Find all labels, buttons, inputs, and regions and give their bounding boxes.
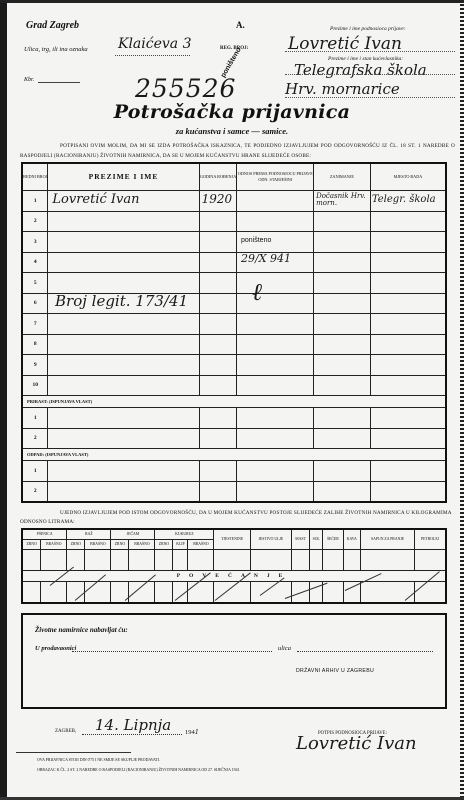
col-header-relation: Odnos prema podnosiocu prijave odn. star… [237, 163, 314, 191]
occupation-cell[interactable] [314, 252, 371, 273]
stock-cell[interactable] [250, 550, 291, 571]
year-cell[interactable] [199, 375, 237, 396]
row-number: 10 [22, 375, 48, 396]
table-row: 5 [22, 273, 446, 294]
supply-label: Životne namirnice nabavljat ću: [35, 626, 128, 634]
workplace-cell[interactable] [370, 273, 446, 294]
name-cell[interactable]: Lovretić Ivan [48, 191, 199, 212]
col-secer: Šećer [323, 529, 343, 550]
name-cell[interactable] [48, 355, 199, 376]
stock-cell[interactable] [85, 550, 111, 571]
name-cell[interactable] [48, 211, 199, 232]
col-header-workplace: Mjesto rada [370, 163, 446, 191]
row-number: 8 [22, 334, 48, 355]
col-sol: Sol [310, 529, 323, 550]
workplace-cell[interactable] [370, 481, 446, 502]
form-reference-note: Obrazac k čl. 2 st. 2 naredbe o raspodje… [37, 768, 240, 772]
group-kukuruz: Kukuruz [155, 529, 214, 540]
cancelled-stamp-table: poništeno [241, 237, 271, 244]
table-row: 2 [22, 481, 446, 502]
year-cell[interactable] [199, 232, 237, 253]
relation-cell[interactable] [237, 375, 314, 396]
stock-cell[interactable] [291, 550, 309, 571]
col-petrolej: Petrolej [415, 529, 446, 550]
street-value[interactable]: Klaićeva 3 [118, 36, 192, 52]
table-row: 1 Lovretić Ivan 1920 Dočasnik Hrv. morn.… [22, 191, 446, 212]
name-cell[interactable] [48, 375, 199, 396]
registration-number: 255526 [135, 74, 236, 103]
household-line-2 [285, 97, 455, 98]
scan-edge-top [0, 0, 464, 3]
sub-zrno: Zrno [155, 540, 173, 550]
sub-brasno: Brašno [41, 540, 67, 550]
table-row: 9 [22, 355, 446, 376]
col-sapun: Sapun za pranje [360, 529, 414, 550]
name-cell[interactable] [48, 273, 199, 294]
occupation-cell[interactable] [314, 375, 371, 396]
sub-brasno: Brašno [129, 540, 155, 550]
name-cell[interactable] [48, 408, 199, 429]
kbr-label: Kbr. [24, 77, 34, 83]
row-number: 9 [22, 355, 48, 376]
year-cell[interactable] [199, 334, 237, 355]
row-number: 5 [22, 273, 48, 294]
stock-group-header: Pšenica Raž Ječam Kukuruz Tjestenine Jes… [22, 529, 446, 540]
increase-cell[interactable] [41, 582, 67, 604]
stock-cell[interactable] [129, 550, 155, 571]
household-value-2[interactable]: Hrv. mornarice [285, 80, 400, 98]
table-row: 2 [22, 211, 446, 232]
occupation-cell[interactable] [314, 293, 371, 314]
relation-cell[interactable] [237, 408, 314, 429]
year-cell[interactable] [199, 428, 237, 449]
povecanje-label: POVEĆANJE [22, 571, 446, 582]
household-line-1 [285, 74, 455, 75]
stock-cell[interactable] [360, 550, 414, 571]
year-cell[interactable] [199, 314, 237, 335]
povecanje-row: POVEĆANJE [22, 571, 446, 582]
workplace-cell[interactable] [370, 461, 446, 482]
relation-cell[interactable] [237, 355, 314, 376]
table-row: 7 [22, 314, 446, 335]
year-cell[interactable]: 1920 [199, 191, 237, 212]
prirast-section: Prirast: (ispunjava vlast) [22, 396, 446, 408]
row-number: 1 [22, 408, 48, 429]
table-row: 4 [22, 252, 446, 273]
relation-cell[interactable] [237, 428, 314, 449]
workplace-cell[interactable] [370, 252, 446, 273]
year-value: 1920 [202, 192, 233, 206]
relation-cell[interactable] [237, 334, 314, 355]
increase-cell[interactable] [188, 582, 214, 604]
col-header-occupation: Zanimanje [314, 163, 371, 191]
row-number: 7 [22, 314, 48, 335]
stock-cell[interactable] [173, 550, 188, 571]
year-cell[interactable] [199, 293, 237, 314]
relation-cell[interactable] [237, 191, 314, 212]
shop-street-field[interactable] [297, 651, 433, 652]
increase-cell[interactable] [155, 582, 173, 604]
occupation-cell[interactable] [314, 314, 371, 335]
place-label: ZAGREB, [55, 729, 76, 734]
cancelled-date: 29/X 941 [241, 252, 291, 265]
row-number: 2 [22, 428, 48, 449]
col-tjestenine: Tjestenine [214, 529, 250, 550]
workplace-cell[interactable] [370, 232, 446, 253]
year-cell[interactable] [199, 481, 237, 502]
stock-cell[interactable] [343, 550, 360, 571]
workplace-cell[interactable] [370, 375, 446, 396]
sub-zrno: Zrno [67, 540, 85, 550]
year-cell[interactable] [199, 273, 237, 294]
sub-brasno: Brašno [85, 540, 111, 550]
stock-cell[interactable] [41, 550, 67, 571]
signature-value[interactable]: Lovretić Ivan [296, 733, 417, 754]
official-initials: ℓ [252, 278, 262, 307]
name-cell[interactable] [48, 232, 199, 253]
year-cell[interactable] [199, 211, 237, 232]
stock-cell[interactable] [214, 550, 250, 571]
table-row: 1 [22, 461, 446, 482]
occupation-cell[interactable] [314, 481, 371, 502]
persons-table-header: Redni broj Prezime i ime Godina rođenja … [22, 163, 446, 191]
name-cell[interactable] [48, 481, 199, 502]
occupation-cell[interactable] [314, 461, 371, 482]
year-cell[interactable] [199, 408, 237, 429]
col-kava: Kava [343, 529, 360, 550]
table-row: 1 [22, 408, 446, 429]
stock-cell[interactable] [310, 550, 323, 571]
year-prefix: 194 [185, 729, 195, 736]
workplace-value: Telegr. škola [372, 194, 436, 205]
applicant-line [285, 51, 455, 52]
col-jestivo-ulje: Jestivo ulje [250, 529, 291, 550]
workplace-cell[interactable] [370, 408, 446, 429]
prirast-label: Prirast: (ispunjava vlast) [22, 396, 446, 408]
stock-cell[interactable] [22, 550, 41, 571]
footer-divider [16, 752, 131, 753]
row-number: 1 [22, 461, 48, 482]
stock-cell[interactable] [415, 550, 446, 571]
occupation-cell[interactable]: Dočasnik Hrv. morn. [314, 191, 371, 212]
form-letter: A. [236, 20, 245, 30]
table-row: 2 [22, 428, 446, 449]
name-value: Lovretić Ivan [52, 192, 139, 207]
occupation-cell[interactable] [314, 334, 371, 355]
workplace-cell[interactable] [370, 293, 446, 314]
kbr-line [38, 82, 80, 83]
sub-klip: Klip [173, 540, 188, 550]
name-cell[interactable] [48, 334, 199, 355]
stock-cell[interactable] [188, 550, 214, 571]
increase-cell[interactable] [250, 582, 291, 604]
occupation-cell[interactable] [314, 232, 371, 253]
col-mast: Mast [291, 529, 309, 550]
workplace-cell[interactable] [370, 314, 446, 335]
stock-cell[interactable] [111, 550, 129, 571]
shop-label: U prodavaonici [35, 645, 76, 652]
name-cell[interactable] [48, 461, 199, 482]
year-cell[interactable] [199, 355, 237, 376]
applicant-label: Prezime i ime podnosioca prijave: [330, 26, 406, 32]
declaration-text: Potpisani ovim molim, da mi se izda potr… [20, 141, 455, 161]
stock-declaration-text: Ujedno izjavljujem pod istom odgovornošć… [20, 509, 455, 527]
table-row: 3 [22, 232, 446, 253]
stock-values-row [22, 550, 446, 571]
date-value[interactable]: 14. Lipnja [95, 716, 171, 734]
name-cell[interactable] [48, 428, 199, 449]
occupation-cell[interactable] [314, 355, 371, 376]
relation-cell[interactable] [237, 481, 314, 502]
price-note: Ova prijavnica stoji din 0'75 i ne smije… [37, 758, 160, 762]
shop-street-label: ulica [278, 645, 291, 652]
table-row: 8 [22, 334, 446, 355]
stock-cell[interactable] [323, 550, 343, 571]
stock-cell[interactable] [67, 550, 85, 571]
stock-cell[interactable] [155, 550, 173, 571]
workplace-cell[interactable] [370, 428, 446, 449]
row-number: 3 [22, 232, 48, 253]
row-number: 4 [22, 252, 48, 273]
workplace-cell[interactable] [370, 334, 446, 355]
row-number: 2 [22, 481, 48, 502]
relation-cell[interactable] [237, 211, 314, 232]
group-psenica: Pšenica [22, 529, 67, 540]
document-title: Potrošačka prijavnica [0, 101, 464, 123]
legitimation-note: Broj legit. 173/41 [55, 292, 188, 310]
date-line [82, 734, 182, 735]
workplace-cell[interactable] [370, 355, 446, 376]
relation-cell[interactable] [237, 314, 314, 335]
occupation-cell[interactable] [314, 211, 371, 232]
workplace-cell[interactable] [370, 211, 446, 232]
year-suffix: 1 [195, 728, 199, 736]
col-header-name: Prezime i ime [48, 163, 199, 191]
sub-zrno: Zrno [22, 540, 41, 550]
street-label: Ulica, trg, ili ina oznaka [24, 46, 88, 53]
shop-field[interactable] [72, 651, 272, 652]
row-number: 6 [22, 293, 48, 314]
household-value-1[interactable]: Telegrafska škola [294, 61, 427, 79]
group-jecam: Ječam [111, 529, 155, 540]
city-heading: Grad Zagreb [26, 20, 79, 31]
odpad-section: Odpad: (ispunjava vlast) [22, 449, 446, 461]
relation-cell[interactable] [237, 461, 314, 482]
street-line [115, 55, 190, 56]
odpad-label: Odpad: (ispunjava vlast) [22, 449, 446, 461]
row-number: 2 [22, 211, 48, 232]
year-cell[interactable] [199, 461, 237, 482]
persons-table: Redni broj Prezime i ime Godina rođenja … [21, 162, 447, 503]
name-cell[interactable] [48, 252, 199, 273]
occupation-value: Dočasnik Hrv. morn. [316, 193, 366, 207]
year-label: 1941 [185, 728, 199, 736]
document-subtitle: za kućanstva i samce — samice. [0, 126, 464, 136]
increase-cell[interactable] [85, 582, 111, 604]
group-raz: Raž [67, 529, 111, 540]
occupation-cell[interactable] [314, 408, 371, 429]
sub-brasno: Brašno [188, 540, 214, 550]
occupation-cell[interactable] [314, 428, 371, 449]
name-cell[interactable] [48, 314, 199, 335]
archive-stamp: DRŽAVNI ARHIV U ZAGREBU [296, 668, 374, 674]
occupation-cell[interactable] [314, 273, 371, 294]
relation-cell[interactable] [237, 273, 314, 294]
increase-cell[interactable] [22, 582, 41, 604]
col-header-no: Redni broj [22, 163, 48, 191]
increase-cell[interactable] [415, 582, 446, 604]
increase-cell[interactable] [323, 582, 343, 604]
year-cell[interactable] [199, 252, 237, 273]
workplace-cell[interactable]: Telegr. škola [370, 191, 446, 212]
sub-zrno: Zrno [111, 540, 129, 550]
table-row: 10 [22, 375, 446, 396]
col-header-year: Godina rođenja [199, 163, 237, 191]
relation-cell[interactable] [237, 293, 314, 314]
row-number: 1 [22, 191, 48, 212]
